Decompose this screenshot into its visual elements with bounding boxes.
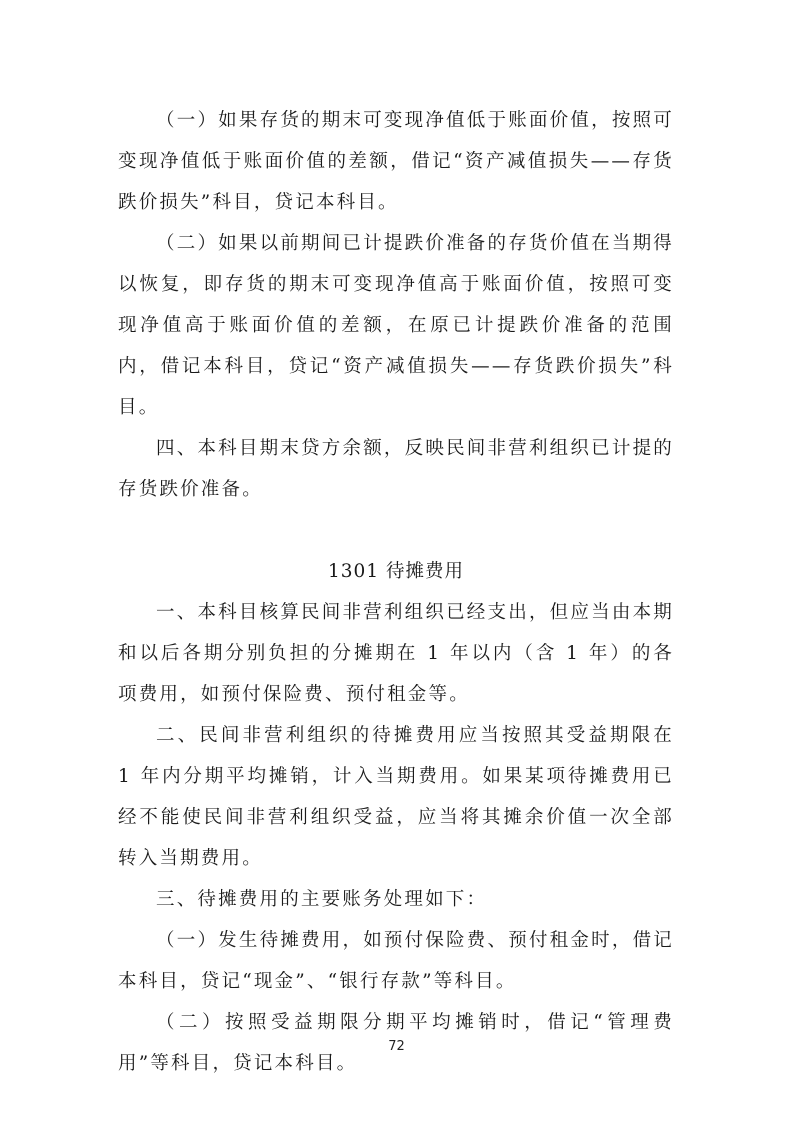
paragraph-ending-balance: 四、本科目期末贷方余额，反映民间非营利组织已计提的存货跌价准备。 [118, 428, 674, 510]
paragraph-inventory-writedown: （一）如果存货的期末可变现净值低于账面价值，按照可变现净值低于账面价值的差额，借… [118, 100, 674, 223]
section-spacer [118, 510, 674, 551]
section-heading: 1301 待摊费用 [118, 551, 674, 592]
page-number: 72 [0, 1039, 793, 1054]
paragraph-accounting-intro: 三、待摊费用的主要账务处理如下： [118, 879, 674, 920]
paragraph-incurred: （一）发生待摊费用，如预付保险费、预付租金时，借记本科目，贷记“现金”、“银行存… [118, 920, 674, 1002]
paragraph-inventory-recovery: （二）如果以前期间已计提跌价准备的存货价值在当期得以恢复，即存货的期末可变现净值… [118, 223, 674, 428]
paragraph-scope: 一、本科目核算民间非营利组织已经支出，但应当由本期和以后各期分别负担的分摊期在 … [118, 592, 674, 715]
paragraph-amortization: 二、民间非营利组织的待摊费用应当按照其受益期限在 1 年内分期平均摊销，计入当期… [118, 715, 674, 879]
document-page: （一）如果存货的期末可变现净值低于账面价值，按照可变现净值低于账面价值的差额，借… [118, 100, 674, 1084]
